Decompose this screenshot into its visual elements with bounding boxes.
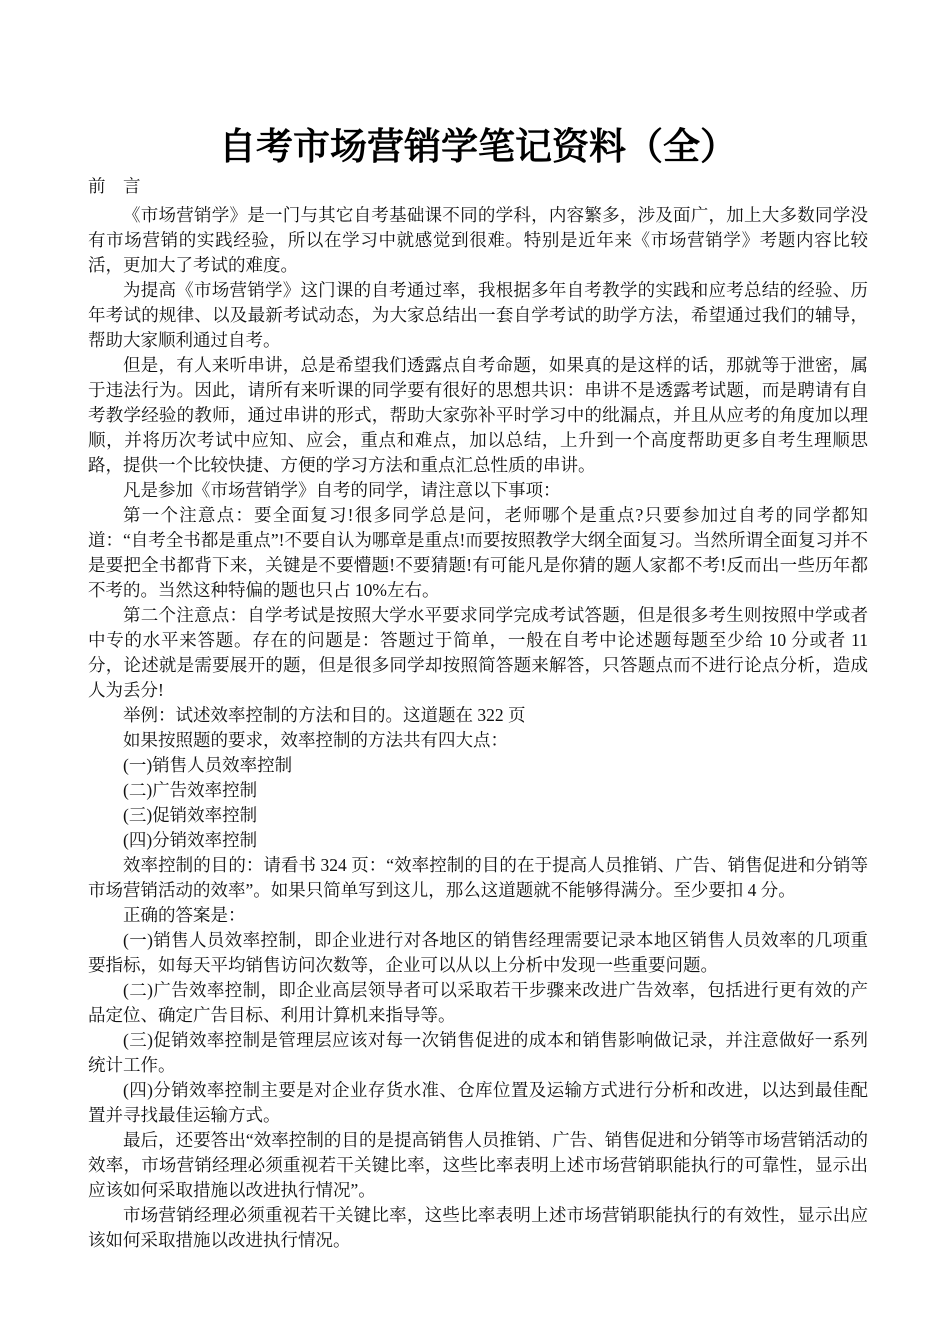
- doc-body: 《市场营销学》是一门与其它自考基础课不同的学科，内容繁多，涉及面广，加上大多数同…: [88, 203, 868, 1253]
- doc-paragraph: 第一个注意点：要全面复习!很多同学总是问，老师哪个是重点?只要参加过自考的同学都…: [88, 503, 868, 603]
- doc-paragraph: (四)分销效率控制主要是对企业存货水准、仓库位置及运输方式进行分析和改进，以达到…: [88, 1078, 868, 1128]
- doc-paragraph: 举例：试述效率控制的方法和目的。这道题在 322 页: [88, 703, 868, 728]
- doc-paragraph: 但是，有人来听串讲，总是希望我们透露点自考命题，如果真的是这样的话，那就等于泄密…: [88, 353, 868, 478]
- doc-paragraph: (二)广告效率控制: [88, 778, 868, 803]
- doc-paragraph: 效率控制的目的：请看书 324 页：“效率控制的目的在于提高人员推销、广告、销售…: [88, 853, 868, 903]
- doc-paragraph: 正确的答案是：: [88, 903, 868, 928]
- doc-paragraph: (一)销售人员效率控制，即企业进行对各地区的销售经理需要记录本地区销售人员效率的…: [88, 928, 868, 978]
- doc-paragraph: 最后，还要答出“效率控制的目的是提高销售人员推销、广告、销售促进和分销等市场营销…: [88, 1128, 868, 1203]
- doc-paragraph: (一)销售人员效率控制: [88, 753, 868, 778]
- doc-paragraph: (二)广告效率控制，即企业高层领导者可以采取若干步骤来改进广告效率，包括进行更有…: [88, 978, 868, 1028]
- doc-paragraph: 第二个注意点：自学考试是按照大学水平要求同学完成考试答题，但是很多考生则按照中学…: [88, 603, 868, 703]
- document-page: 自考市场营销学笔记资料（全） 前 言 《市场营销学》是一门与其它自考基础课不同的…: [0, 0, 950, 1344]
- doc-paragraph: 《市场营销学》是一门与其它自考基础课不同的学科，内容繁多，涉及面广，加上大多数同…: [88, 203, 868, 278]
- doc-paragraph: 为提高《市场营销学》这门课的自考通过率，我根据多年自考教学的实践和应考总结的经验…: [88, 278, 868, 353]
- doc-paragraph: 如果按照题的要求，效率控制的方法共有四大点：: [88, 728, 868, 753]
- doc-paragraph: (三)促销效率控制是管理层应该对每一次销售促进的成本和销售影响做记录，并注意做好…: [88, 1028, 868, 1078]
- doc-paragraph: 凡是参加《市场营销学》自考的同学，请注意以下事项：: [88, 478, 868, 503]
- doc-title: 自考市场营销学笔记资料（全）: [88, 128, 868, 167]
- preface-heading: 前 言: [88, 174, 868, 199]
- doc-paragraph: (三)促销效率控制: [88, 803, 868, 828]
- doc-paragraph: (四)分销效率控制: [88, 828, 868, 853]
- doc-paragraph: 市场营销经理必须重视若干关键比率，这些比率表明上述市场营销职能执行的有效性，显示…: [88, 1203, 868, 1253]
